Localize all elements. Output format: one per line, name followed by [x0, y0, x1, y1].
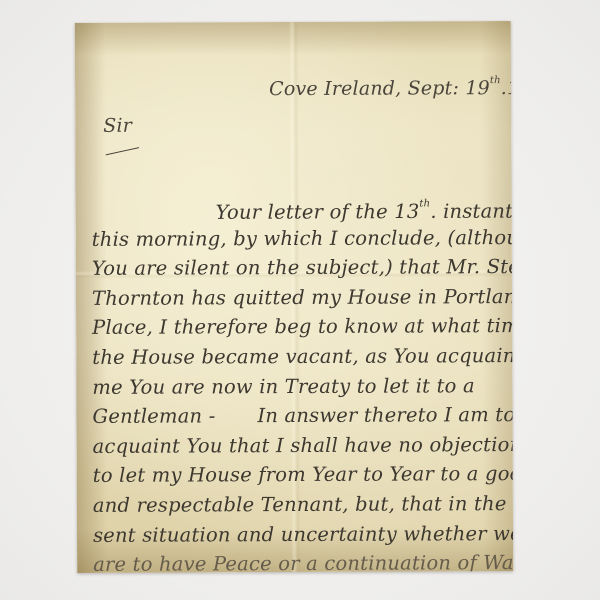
body-line-text: Your letter of the 13	[216, 200, 420, 224]
letter-salutation: Sir	[103, 115, 132, 137]
body-line-text: Thornton has quitted my House in Portlan…	[92, 285, 513, 310]
body-line-text: to let my House from Year to Year to a g…	[93, 462, 513, 487]
body-line-7: me You are now in Treaty to let it to a	[92, 371, 502, 402]
body-line-text: Gentleman -	[92, 405, 215, 429]
dateline-month: Sept:	[408, 77, 460, 99]
body-line-6: the House became vacant, as You acquaint	[92, 341, 502, 372]
ordinal-suffix: th	[419, 198, 430, 209]
salutation-underline	[106, 147, 139, 155]
letter-paper: Cove Ireland, Sept: 19th.1806. Sir Your …	[75, 21, 513, 573]
body-line-text: and respectable Tennant, but, that in th…	[93, 492, 513, 517]
body-line-text: this morning, by which I conclude, (alth…	[92, 226, 514, 251]
body-line-9: acquaint You that I shall have no object…	[93, 430, 503, 461]
letter-body: Your letter of the 13th. instant Recd. t…	[92, 193, 504, 573]
body-line-5: Place, I therefore beg to know at what t…	[92, 311, 502, 342]
body-line-2: this morning, by which I conclude, (alth…	[92, 223, 502, 254]
body-line-text: acquaint You that I shall have no object…	[93, 433, 514, 458]
body-line-text: Place, I therefore beg to know at what t…	[92, 314, 513, 339]
body-line-text: are to have Peace or a continuation of W…	[93, 551, 513, 573]
body-line-12: sent situation and uncertainty whether w…	[93, 519, 503, 550]
body-line-11: and respectable Tennant, but, that in th…	[93, 489, 503, 520]
body-line-10: to let my House from Year to Year to a g…	[93, 459, 503, 490]
body-line-4: Thornton has quitted my House in Portlan…	[92, 282, 502, 313]
dateline-day-suffix: th	[490, 75, 501, 86]
dateline-day: 19	[465, 77, 490, 99]
body-line-text-rest: . instant Recd.	[430, 199, 513, 223]
body-line-text: me You are now in Treaty to let it to a	[92, 374, 474, 399]
body-line-text: You are silent on the subject,) that Mr.…	[92, 255, 513, 280]
body-line-13: are to have Peace or a continuation of W…	[93, 548, 503, 573]
body-line-3: You are silent on the subject,) that Mr.…	[92, 252, 502, 283]
letter-dateline: Cove Ireland, Sept: 19th.1806.	[269, 77, 513, 100]
body-line-8: Gentleman -In answer thereto I am to	[92, 400, 502, 431]
body-line-text: the House became vacant, as You acquaint	[92, 344, 513, 369]
body-line-1: Your letter of the 13th. instant Recd.	[92, 193, 502, 224]
body-line-text-rest: In answer thereto I am to	[257, 403, 513, 427]
dateline-place: Cove Ireland,	[269, 78, 401, 101]
body-line-text: sent situation and uncertainty whether w…	[93, 522, 513, 547]
